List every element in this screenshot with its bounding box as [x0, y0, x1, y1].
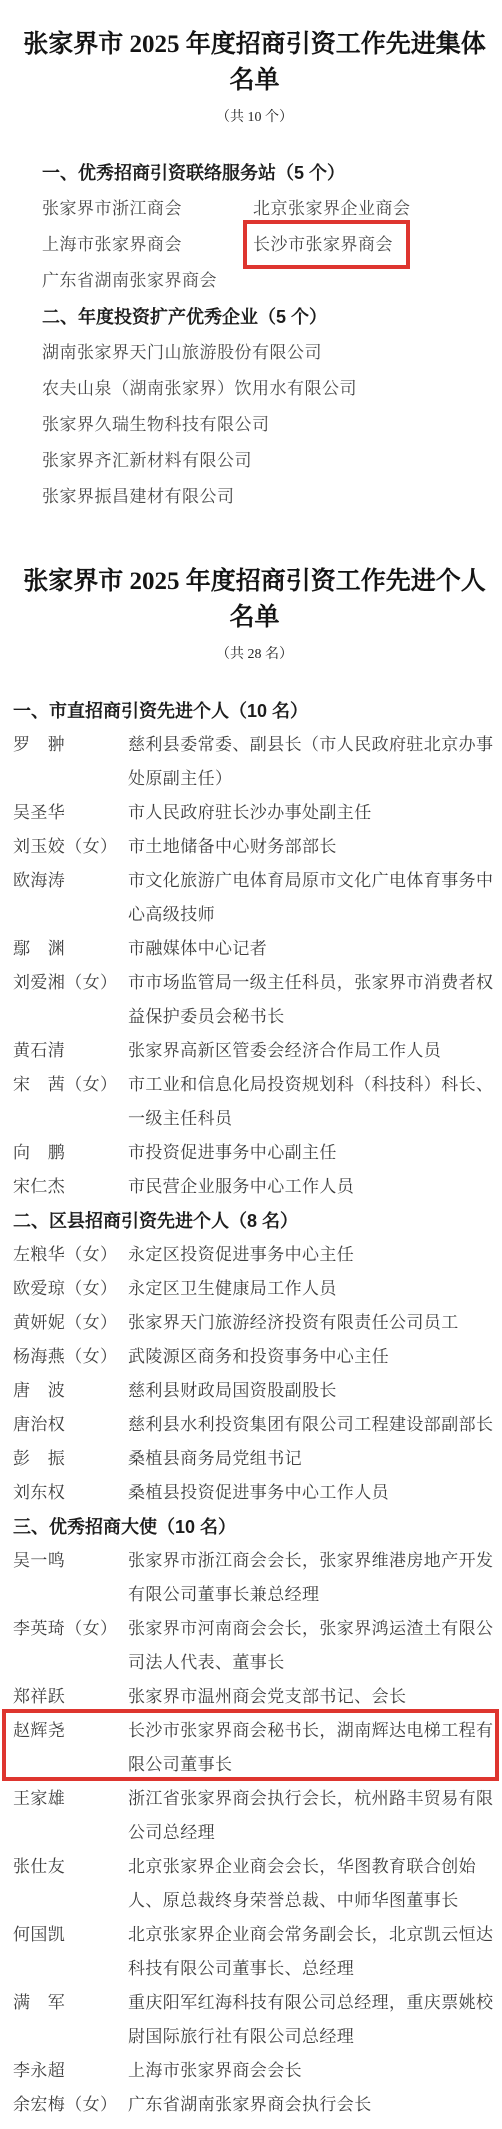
organization-list-item: 长沙市张家界商会: [253, 227, 496, 263]
person-row: 欧海涛 市文化旅游广电体育局原市文化广电体育事务中心高级技师: [13, 864, 496, 932]
person-row: 张仕友 北京张家界企业商会会长，华图教育联合创始人、原总裁终身荣誉总裁、中师华图…: [13, 1850, 496, 1918]
organization-list-item: 湖南张家界天门山旅游股份有限公司: [42, 335, 496, 371]
person-row: 宋仁杰 市民营企业服务中心工作人员: [13, 1170, 496, 1204]
person-position: 永定区卫生健康局工作人员: [128, 1272, 496, 1306]
document-page: 张家界市 2025 年度招商引资工作先进集体名单 （共 10 个） 一、优秀招商…: [0, 0, 502, 2122]
person-name: 唐治权: [13, 1408, 128, 1442]
individual-doc-body: 一、市直招商引资先进个人（10 名） 罗 翀 慈利县委常委、副县长（市人民政府驻…: [13, 694, 496, 2122]
section-city-individuals: 一、市直招商引资先进个人（10 名） 罗 翀 慈利县委常委、副县长（市人民政府驻…: [13, 694, 496, 1204]
person-name: 刘东权: [13, 1476, 128, 1510]
person-position: 市民营企业服务中心工作人员: [128, 1170, 496, 1204]
organization-list-item: 张家界振昌建材有限公司: [42, 479, 496, 515]
district-individuals-list: 左粮华（女） 永定区投资促进事务中心主任 欧爱琼（女） 永定区卫生健康局工作人员…: [13, 1238, 496, 1510]
collective-list-document: 张家界市 2025 年度招商引资工作先进集体名单 （共 10 个） 一、优秀招商…: [13, 0, 496, 515]
person-row: 刘玉姣（女） 市土地储备中心财务部部长: [13, 830, 496, 864]
person-position: 张家界天门旅游经济投资有限责任公司员工: [128, 1306, 496, 1340]
person-row: 罗 翀 慈利县委常委、副县长（市人民政府驻北京办事处原副主任）: [13, 728, 496, 796]
section-district-individuals: 二、区县招商引资先进个人（8 名） 左粮华（女） 永定区投资促进事务中心主任 欧…: [13, 1204, 496, 1510]
highlighted-organization-name: 长沙市张家界商会: [253, 227, 393, 263]
individual-doc-title: 张家界市 2025 年度招商引资工作先进个人名单: [13, 515, 496, 636]
person-name: 赵辉尧: [13, 1714, 128, 1782]
person-name: 宋仁杰: [13, 1170, 128, 1204]
person-name: 吴一鸣: [13, 1544, 128, 1612]
person-name: 吴圣华: [13, 796, 128, 830]
city-individuals-list: 罗 翀 慈利县委常委、副县长（市人民政府驻北京办事处原副主任） 吴圣华 市人民政…: [13, 728, 496, 1204]
person-name: 李永超: [13, 2054, 128, 2088]
person-position: 广东省湖南张家界商会执行会长: [128, 2088, 496, 2122]
organization-list-item: 农夫山泉（湖南张家界）饮用水有限公司: [42, 371, 496, 407]
person-row: 唐治权 慈利县水利投资集团有限公司工程建设部副部长: [13, 1408, 496, 1442]
person-row: 王家雄 浙江省张家界商会执行会长，杭州路丰贸易有限公司总经理: [13, 1782, 496, 1850]
person-name: 张仕友: [13, 1850, 128, 1918]
organization-list-item: 张家界久瑞生物科技有限公司: [42, 407, 496, 443]
organization-list-item: 张家界齐汇新材料有限公司: [42, 443, 496, 479]
person-position: 桑植县投资促进事务中心工作人员: [128, 1476, 496, 1510]
person-name: 唐 波: [13, 1374, 128, 1408]
person-row: 黄石清 张家界高新区管委会经济合作局工作人员: [13, 1034, 496, 1068]
ambassadors-list: 吴一鸣 张家界市浙江商会会长，张家界维港房地产开发有限公司董事长兼总经理 李英琦…: [13, 1544, 496, 2122]
organization-name: 张家界振昌建材有限公司: [42, 479, 235, 515]
organization-list-item: 广东省湖南张家界商会: [42, 263, 253, 299]
collective-doc-body: 一、优秀招商引资联络服务站（5 个） 张家界市浙江商会 北京张家界企业商会 上海…: [42, 155, 496, 515]
person-name: 王家雄: [13, 1782, 128, 1850]
person-position: 重庆阳军红海科技有限公司总经理，重庆票姚校尉国际旅行社有限公司总经理: [128, 1986, 496, 2054]
section-heading-city-individuals: 一、市直招商引资先进个人（10 名）: [13, 694, 496, 728]
person-row: 李英琦（女） 张家界市河南商会会长，张家界鸿运渣土有限公司法人代表、董事长: [13, 1612, 496, 1680]
person-row: 唐 波 慈利县财政局国资股副股长: [13, 1374, 496, 1408]
organization-name: 张家界市浙江商会: [42, 191, 182, 227]
person-name: 罗 翀: [13, 728, 128, 796]
person-name: 何国凯: [13, 1918, 128, 1986]
person-position: 市融媒体中心记者: [128, 932, 496, 966]
person-position: 永定区投资促进事务中心主任: [128, 1238, 496, 1272]
person-name: 杨海燕（女）: [13, 1340, 128, 1374]
section-heading-expansion-enterprises: 二、年度投资扩产优秀企业（5 个）: [42, 299, 496, 335]
organization-name: 广东省湖南张家界商会: [42, 263, 217, 299]
section-heading-district-individuals: 二、区县招商引资先进个人（8 名）: [13, 1204, 496, 1238]
person-position: 武陵源区商务和投资事务中心主任: [128, 1340, 496, 1374]
person-position: 张家界市温州商会党支部书记、会长: [128, 1680, 496, 1714]
section-heading-service-stations: 一、优秀招商引资联络服务站（5 个）: [42, 155, 496, 191]
person-row: 吴圣华 市人民政府驻长沙办事处副主任: [13, 796, 496, 830]
person-row: 宋 茜（女） 市工业和信息化局投资规划科（科技科）科长、一级主任科员: [13, 1068, 496, 1136]
person-row: 黄妍妮（女） 张家界天门旅游经济投资有限责任公司员工: [13, 1306, 496, 1340]
person-position: 张家界市浙江商会会长，张家界维港房地产开发有限公司董事长兼总经理: [128, 1544, 496, 1612]
section-investment-ambassadors: 三、优秀招商大使（10 名） 吴一鸣 张家界市浙江商会会长，张家界维港房地产开发…: [13, 1510, 496, 2122]
person-row: 刘爱湘（女） 市市场监管局一级主任科员，张家界市消费者权益保护委员会秘书长: [13, 966, 496, 1034]
person-position: 长沙市张家界商会秘书长，湖南辉达电梯工程有限公司董事长: [128, 1714, 496, 1782]
person-position: 慈利县委常委、副县长（市人民政府驻北京办事处原副主任）: [128, 728, 496, 796]
person-row: 彭 振 桑植县商务局党组书记: [13, 1442, 496, 1476]
organization-name: 张家界齐汇新材料有限公司: [42, 443, 252, 479]
section-heading-investment-ambassadors: 三、优秀招商大使（10 名）: [13, 1510, 496, 1544]
organization-list-item: 张家界市浙江商会: [42, 191, 253, 227]
person-row: 鄢 渊 市融媒体中心记者: [13, 932, 496, 966]
person-name: 满 军: [13, 1986, 128, 2054]
person-position: 上海市张家界商会会长: [128, 2054, 496, 2088]
person-name: 黄妍妮（女）: [13, 1306, 128, 1340]
person-row: 郑祥跃 张家界市温州商会党支部书记、会长: [13, 1680, 496, 1714]
person-name: 黄石清: [13, 1034, 128, 1068]
collective-doc-title: 张家界市 2025 年度招商引资工作先进集体名单: [13, 0, 496, 99]
person-name: 宋 茜（女）: [13, 1068, 128, 1136]
section-service-stations: 一、优秀招商引资联络服务站（5 个） 张家界市浙江商会 北京张家界企业商会 上海…: [42, 155, 496, 299]
individual-doc-subtitle: （共 28 名）: [13, 645, 496, 665]
person-name: 余宏梅（女）: [13, 2088, 128, 2122]
organization-name: 上海市张家界商会: [42, 227, 182, 263]
person-row: 向 鹏 市投资促进事务中心副主任: [13, 1136, 496, 1170]
section-expansion-enterprises: 二、年度投资扩产优秀企业（5 个） 湖南张家界天门山旅游股份有限公司 农夫山泉（…: [42, 299, 496, 515]
person-position: 浙江省张家界商会执行会长，杭州路丰贸易有限公司总经理: [128, 1782, 496, 1850]
person-row: 左粮华（女） 永定区投资促进事务中心主任: [13, 1238, 496, 1272]
person-name: 欧海涛: [13, 864, 128, 932]
person-position: 市文化旅游广电体育局原市文化广电体育事务中心高级技师: [128, 864, 496, 932]
person-position: 市工业和信息化局投资规划科（科技科）科长、一级主任科员: [128, 1068, 496, 1136]
person-row: 余宏梅（女） 广东省湖南张家界商会执行会长: [13, 2088, 496, 2122]
person-row: 杨海燕（女） 武陵源区商务和投资事务中心主任: [13, 1340, 496, 1374]
person-position: 市投资促进事务中心副主任: [128, 1136, 496, 1170]
person-name: 鄢 渊: [13, 932, 128, 966]
person-position: 市人民政府驻长沙办事处副主任: [128, 796, 496, 830]
organization-name: 北京张家界企业商会: [253, 191, 411, 227]
person-name: 彭 振: [13, 1442, 128, 1476]
person-name: 刘爱湘（女）: [13, 966, 128, 1034]
person-position: 张家界市河南商会会长，张家界鸿运渣土有限公司法人代表、董事长: [128, 1612, 496, 1680]
organization-name: 农夫山泉（湖南张家界）饮用水有限公司: [42, 371, 357, 407]
person-name: 郑祥跃: [13, 1680, 128, 1714]
person-position: 慈利县水利投资集团有限公司工程建设部副部长: [128, 1408, 496, 1442]
person-name: 刘玉姣（女）: [13, 830, 128, 864]
person-position: 张家界高新区管委会经济合作局工作人员: [128, 1034, 496, 1068]
person-name: 欧爱琼（女）: [13, 1272, 128, 1306]
person-row: 何国凯 北京张家界企业商会常务副会长，北京凯云恒达科技有限公司董事长、总经理: [13, 1918, 496, 1986]
organization-list-item: 北京张家界企业商会: [253, 191, 496, 227]
person-row: 欧爱琼（女） 永定区卫生健康局工作人员: [13, 1272, 496, 1306]
organization-name: 张家界久瑞生物科技有限公司: [42, 407, 270, 443]
collective-doc-subtitle: （共 10 个）: [13, 108, 496, 128]
person-row: 吴一鸣 张家界市浙江商会会长，张家界维港房地产开发有限公司董事长兼总经理: [13, 1544, 496, 1612]
person-position: 北京张家界企业商会会长，华图教育联合创始人、原总裁终身荣誉总裁、中师华图董事长: [128, 1850, 496, 1918]
person-position: 桑植县商务局党组书记: [128, 1442, 496, 1476]
person-name: 李英琦（女）: [13, 1612, 128, 1680]
enterprise-list: 湖南张家界天门山旅游股份有限公司 农夫山泉（湖南张家界）饮用水有限公司 张家界久…: [42, 335, 496, 515]
person-name: 左粮华（女）: [13, 1238, 128, 1272]
person-row: 李永超 上海市张家界商会会长: [13, 2054, 496, 2088]
person-row: 刘东权 桑植县投资促进事务中心工作人员: [13, 1476, 496, 1510]
individual-list-document: 张家界市 2025 年度招商引资工作先进个人名单 （共 28 名） 一、市直招商…: [13, 515, 496, 2122]
person-position: 市市场监管局一级主任科员，张家界市消费者权益保护委员会秘书长: [128, 966, 496, 1034]
service-station-list: 张家界市浙江商会 北京张家界企业商会 上海市张家界商会 长沙市张家界商会 广东省…: [42, 191, 496, 299]
organization-list-item: 上海市张家界商会: [42, 227, 253, 263]
person-position: 北京张家界企业商会常务副会长，北京凯云恒达科技有限公司董事长、总经理: [128, 1918, 496, 1986]
highlighted-person-row: 赵辉尧 长沙市张家界商会秘书长，湖南辉达电梯工程有限公司董事长: [13, 1714, 496, 1782]
person-name: 向 鹏: [13, 1136, 128, 1170]
organization-name: 湖南张家界天门山旅游股份有限公司: [42, 335, 322, 371]
person-position: 慈利县财政局国资股副股长: [128, 1374, 496, 1408]
person-position: 市土地储备中心财务部部长: [128, 830, 496, 864]
person-row: 满 军 重庆阳军红海科技有限公司总经理，重庆票姚校尉国际旅行社有限公司总经理: [13, 1986, 496, 2054]
